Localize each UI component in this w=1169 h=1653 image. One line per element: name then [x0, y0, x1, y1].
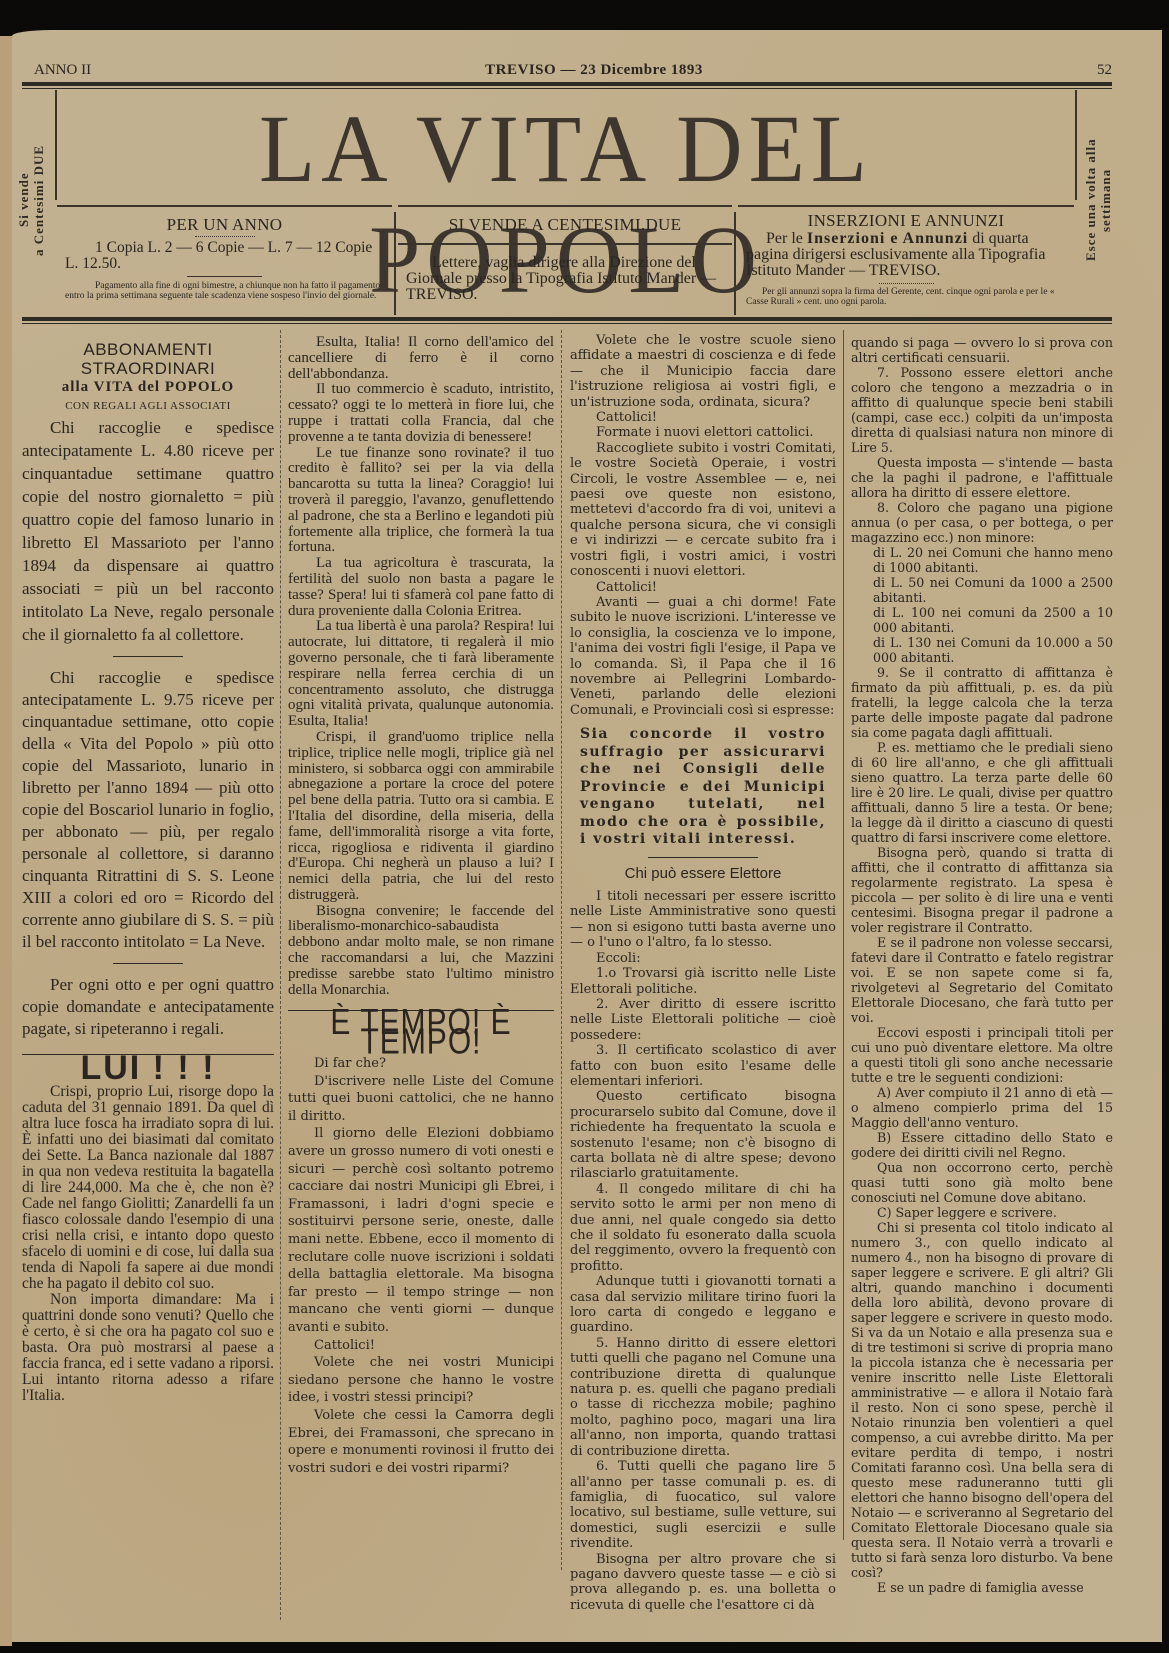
place-date: TREVISO — 23 Dicembre 1893	[485, 62, 703, 79]
column-divider-2	[561, 330, 562, 1570]
item-1: 1.o Trovarsi già iscritto nelle Liste El…	[570, 966, 836, 997]
side-label-right: Esce una volta alla settimana	[1083, 100, 1113, 300]
e-tempo-para3: Il giorno delle Elezioni dobbiamo avere …	[288, 1125, 554, 1336]
header-topline: ANNO II TREVISO — 23 Dicembre 1893 52	[34, 62, 1112, 79]
cattolici-1: Cattolici!	[570, 410, 836, 425]
pigione-tier-2: di L. 50 nei Comuni da 1000 a 2500 abita…	[851, 575, 1113, 605]
short-rule	[648, 857, 758, 858]
pigione-tier-4: di L. 130 nei Comuni da 10.000 a 50 000 …	[851, 635, 1113, 665]
col4-para1: quando si paga — ovvero lo si prova con …	[851, 335, 1113, 365]
year-label: ANNO II	[34, 62, 91, 79]
abbonamenti-title: ABBONAMENTI STRAORDINARI	[22, 340, 274, 378]
crispi-para5: La tua libertà è una parola? Respira! lu…	[288, 619, 554, 730]
column-divider-3	[843, 330, 844, 1540]
price-body: Lettere, vaglia dirigere alla Direzione …	[398, 255, 732, 303]
item-6: 6. Tutti quelli che pagano lire 5 all'an…	[570, 1459, 836, 1551]
short-rule	[113, 656, 183, 657]
titoli-para: I titoli necessari per essere iscritto n…	[570, 889, 836, 951]
esempio-para: P. es. mettiamo che le prediali sieno di…	[851, 740, 1113, 845]
ads-body-pre: Per le	[766, 230, 807, 247]
tier-text: di L. 100 nei comuni da 2500 a 10 000 ab…	[873, 605, 1113, 635]
tier-text: di L. 130 nei Comuni da 10.000 a 50 000 …	[873, 635, 1113, 665]
crispi-para2: Il tuo commercio è scaduto, intristito, …	[288, 382, 554, 445]
short-rule	[187, 276, 262, 277]
header-rule-bottom	[22, 317, 1112, 324]
side-right-line2: settimana	[1098, 168, 1113, 231]
abbonamenti-para1: Chi raccoglie e spedisce antecipatamente…	[22, 416, 274, 646]
side-left-line1: Si vende	[16, 173, 31, 228]
column-4: quando si paga — ovvero lo si prova con …	[851, 335, 1113, 1595]
qua-para: Qua non occorrono certo, perchè quasi tu…	[851, 1160, 1113, 1205]
registrato-para: Bisogna però, quando si tratta di affitt…	[851, 845, 1113, 935]
box-divider-1	[394, 212, 396, 315]
ads-body: Per le Inserzioni e Annunzi di quarta pa…	[738, 231, 1074, 279]
crispi-para4: La tua agricoltura è trascurata, la fert…	[288, 556, 554, 619]
abbonamenti-para2: Chi raccoglie e spedisce antecipatamente…	[22, 667, 274, 953]
avanti-para: Avanti — guai a chi dorme! Fate subito l…	[570, 595, 836, 718]
e-tempo-para6: Volete che cessi la Camorra degli Ebrei,…	[288, 1407, 554, 1477]
issue-number: 52	[1097, 62, 1112, 79]
provare-para: Bisogna per altro provare che si pagano …	[570, 1552, 836, 1614]
column-1: ABBONAMENTI STRAORDINARI alla VITA del P…	[22, 340, 274, 1404]
lui-para2: Non importa dimandare: Ma i quattrini do…	[22, 1292, 274, 1404]
column-2: Esulta, Italia! Il corno dell'amico del …	[288, 335, 554, 1477]
box-divider-2	[734, 212, 736, 315]
imposta-para: Questa imposta — s'intende — basta che l…	[851, 455, 1113, 500]
crispi-para7: Bisogna convenire; le faccende del liber…	[288, 904, 554, 999]
lui-title: LUI ! ! !	[22, 1059, 274, 1078]
ads-note: Per gli annunzi sopra la firma del Geren…	[738, 287, 1074, 307]
item-3: 3. Il certificato scolastico di aver fat…	[570, 1043, 836, 1089]
price-heading: SI VENDE A CENTESIMI.DUE	[398, 215, 732, 245]
subscription-note: Pagamento alla fine di ogni bimestre, a …	[57, 281, 392, 301]
condition-c: C) Saper leggere e scrivere.	[851, 1205, 1113, 1220]
header-rule-top	[22, 82, 1112, 89]
column-3: Volete che le vostre scuole sieno affida…	[570, 333, 836, 1613]
subscription-box: PER UN ANNO 1 Copia L. 2 — 6 Copie — L. …	[57, 205, 392, 317]
padrone-para: E se il padrone non volesse seccarsi, fa…	[851, 935, 1113, 1025]
abbonamenti-subtitle: alla VITA del POPOLO	[22, 378, 274, 397]
padre-famiglia-para: E se un padre di famiglia avesse	[851, 1580, 1113, 1595]
side-label-left: Si vende a Centesimi DUE	[16, 100, 46, 300]
page-spine-edge	[0, 36, 12, 1646]
column-divider-1	[280, 330, 281, 1620]
side-left-line2: a Centesimi DUE	[31, 144, 46, 255]
tier-text: di L. 50 nei Comuni da 1000 a 2500 abita…	[873, 575, 1113, 605]
pigione-tier-3: di L. 100 nei comuni da 2500 a 10 000 ab…	[851, 605, 1113, 635]
eccovi-para: Eccovi esposti i principali titoli per c…	[851, 1025, 1113, 1085]
item-9: 9. Se il contratto di affittanza è firma…	[851, 665, 1113, 740]
volete-para: Volete che le vostre scuole sieno affida…	[570, 333, 836, 410]
eccoli: Eccoli:	[570, 951, 836, 966]
e-tempo-para4: Cattolici!	[288, 1337, 554, 1355]
tier-text: di L. 20 nei Comuni che hanno meno di 10…	[873, 545, 1113, 575]
wavy-rule	[195, 236, 255, 237]
cattolici-2: Cattolici!	[570, 580, 836, 595]
e-tempo-para2: D'iscrivere nelle Liste del Comune tutti…	[288, 1073, 554, 1126]
abbonamenti-subtitle2: CON REGALI AGLI ASSOCIATI	[22, 397, 274, 416]
item-4: 4. Il congedo militare di chi ha servito…	[570, 1182, 836, 1274]
certificato-para: Questo certificato bisogna procurarselo …	[570, 1089, 836, 1181]
elettore-heading: Chi può essere Elettore	[570, 866, 836, 881]
lui-para1: Crispi, proprio Lui, risorge dopo la cad…	[22, 1084, 274, 1292]
e-tempo-title: È TEMPO! È TEMPO!	[288, 1014, 554, 1052]
crispi-para1: Esulta, Italia! Il corno dell'amico del …	[288, 335, 554, 382]
abbonamenti-para3: Per ogni otto e per ogni quattro copie d…	[22, 974, 274, 1040]
e-tempo-para5: Volete che nei vostri Municipi siedano p…	[288, 1354, 554, 1407]
item-8: 8. Coloro che pagano una pigione annua (…	[851, 500, 1113, 545]
notaio-para: Chi si presenta col titolo indicato al n…	[851, 1220, 1113, 1580]
short-rule	[113, 963, 183, 964]
condition-b: B) Essere cittadino dello Stato e godere…	[851, 1130, 1113, 1160]
crispi-para6: Crispi, il grand'uomo triplice nella tri…	[288, 730, 554, 904]
ads-body-bold: Inserzioni e Annunzi	[807, 230, 968, 247]
ads-heading: INSERZIONI E ANNUNZI	[738, 211, 1074, 231]
ads-box: INSERZIONI E ANNUNZI Per le Inserzioni e…	[738, 205, 1074, 317]
crispi-para3: Le tue finanze sono rovinate? il tuo cre…	[288, 446, 554, 557]
item-2: 2. Aver diritto di essere iscritto nelle…	[570, 997, 836, 1043]
formate-para: Formate i nuovi elettori cattolici.	[570, 425, 836, 440]
pigione-tier-1: di L. 20 nei Comuni che hanno meno di 10…	[851, 545, 1113, 575]
condition-a: A) Aver compiuto il 21 anno di età — o a…	[851, 1085, 1113, 1130]
raccogliete-para: Raccogliete subito i vostri Comitati, le…	[570, 441, 836, 580]
subscription-prices: 1 Copia L. 2 — 6 Copie — L. 7 — 12 Copie…	[57, 240, 392, 272]
ornament-rule	[879, 283, 934, 284]
giovanotti-para: Adunque tutti i giovanotti tornati a cas…	[570, 1274, 836, 1336]
item-5: 5. Hanno diritto di essere elettori tutt…	[570, 1336, 836, 1459]
subscription-heading: PER UN ANNO	[57, 215, 392, 235]
side-right-line1: Esce una volta alla	[1083, 139, 1098, 262]
papal-quote: Sia concorde il vostro suffragio per ass…	[580, 726, 826, 849]
price-box: SI VENDE A CENTESIMI.DUE Lettere, vaglia…	[398, 205, 732, 317]
item-7: 7. Possono essere elettori anche coloro …	[851, 365, 1113, 455]
masthead: LA VITA DEL POPOLO	[55, 90, 1077, 200]
